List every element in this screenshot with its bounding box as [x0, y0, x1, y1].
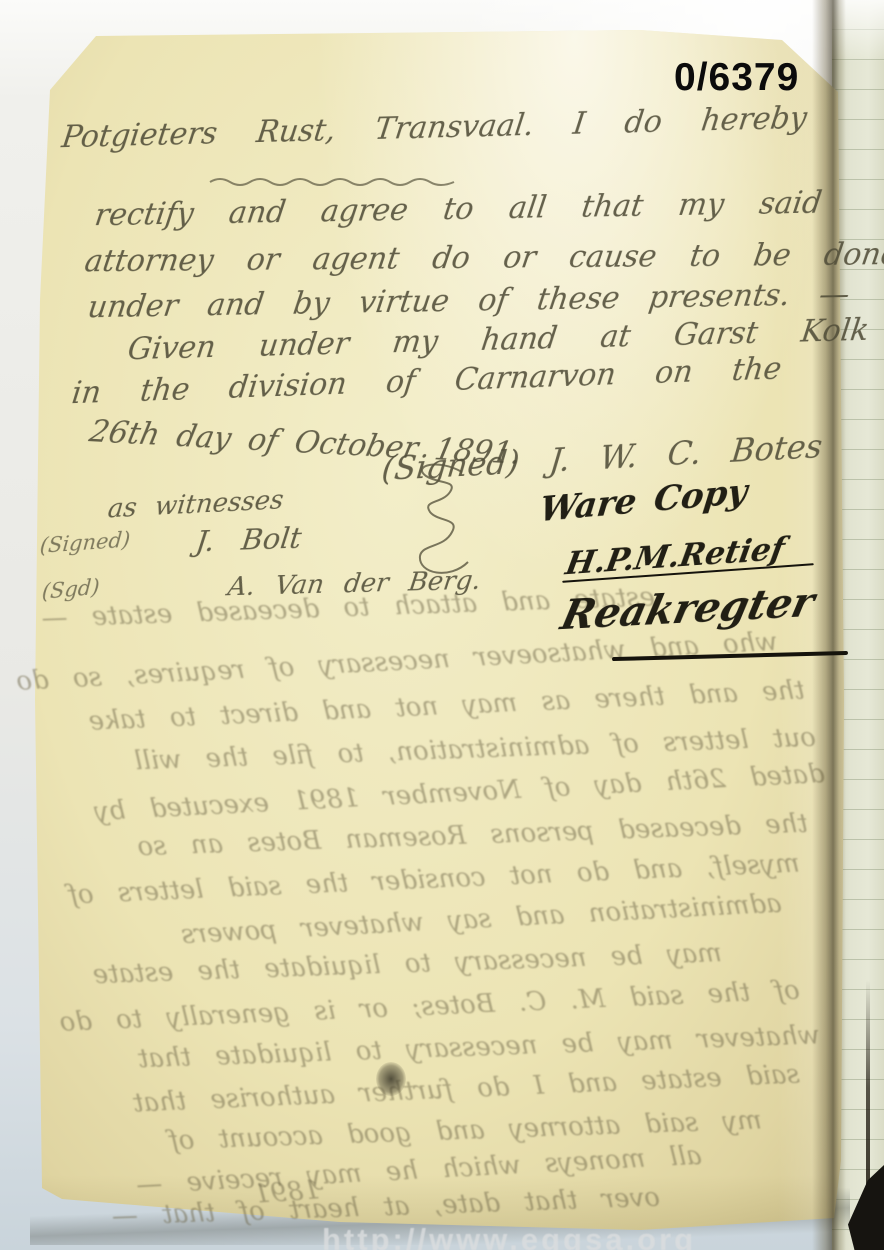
archival-photo: estate and attach to deceased estate — w… — [0, 0, 884, 1250]
ink-stain — [376, 1062, 406, 1096]
witness-prefix: (Sgd) — [41, 575, 100, 604]
eggsa-watermark: http://www.eggsa.org — [322, 1222, 696, 1250]
reference-number-stamp: 0/6379 — [674, 56, 799, 100]
manuscript-line: attorney or agent do or cause to be done — [82, 237, 884, 279]
bleed-line: 1891 — [239, 1175, 321, 1211]
strikethrough-squiggle — [208, 176, 458, 188]
witness-name: J. Bolt — [194, 520, 304, 558]
pen-flourish — [392, 462, 492, 587]
